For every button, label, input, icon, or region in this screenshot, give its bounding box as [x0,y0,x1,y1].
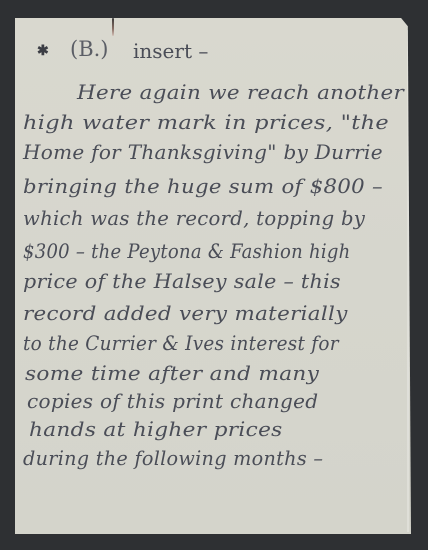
text-line: record added very materially [23,301,348,325]
text-line: copies of this print changed [27,389,318,413]
text-line: price of the Halsey sale – this [23,269,341,293]
text-line: bringing the huge sum of $800 – [23,174,383,198]
handwritten-body: Here again we reach another high water m… [15,18,411,534]
text-line: during the following months – [23,446,323,470]
text-line: high water mark in prices, "the [23,110,389,134]
text-line: which was the record, topping by [23,206,365,230]
text-line: hands at higher prices [29,417,283,441]
text-line: some time after and many [25,361,319,385]
text-line: Here again we reach another [77,80,404,104]
text-line: to the Currier & Ives interest for [23,331,339,355]
manuscript-page: ✱ (B.) insert – Here again we reach anot… [15,18,411,534]
text-line: Home for Thanksgiving" by Durrie [23,140,383,164]
text-line: $300 – the Peytona & Fashion high [23,239,351,263]
